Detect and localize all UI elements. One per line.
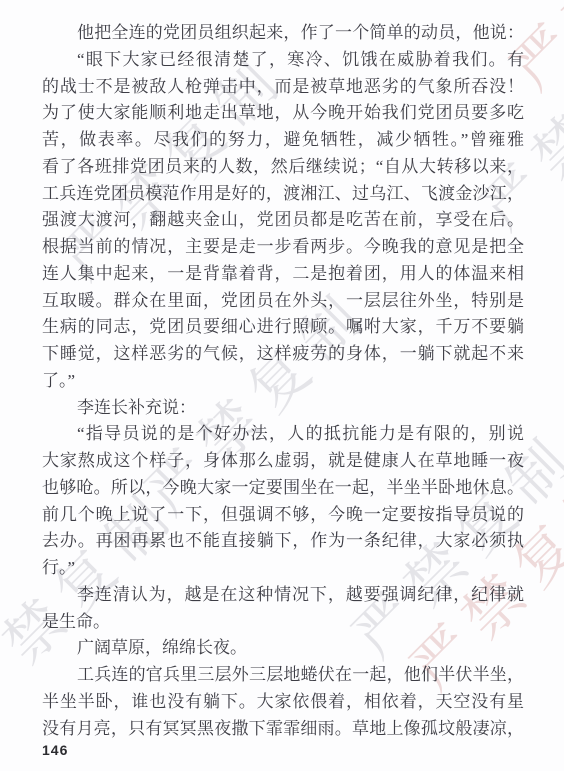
text-line: 看了各班排党团员来的人数，然后继续说；“自从大转移以来， bbox=[42, 154, 524, 181]
text-line: “眼下大家已经很清楚了，寒冷、饥饿在威胁着我们。有 bbox=[42, 47, 524, 74]
text-line: 下睡觉，这样恶劣的气候，这样疲劳的身体，一躺下就起不来 bbox=[42, 341, 524, 368]
text-line: 为了使大家能顺利地走出草地，从今晚开始我们党团员要多吃 bbox=[42, 100, 524, 127]
text-line: 生病的同志，党团员要细心进行照顾。嘱咐大家，千万不要躺 bbox=[42, 314, 524, 341]
text-line: 去办。再困再累也不能直接躺下，作为一条纪律，大家必须执 bbox=[42, 528, 524, 555]
text-line: 李连长补充说： bbox=[42, 395, 524, 422]
text-line: 的战士不是被敌人枪弹击中，而是被草地恶劣的气象所吞没！ bbox=[42, 74, 524, 101]
text-line: 根据当前的情况，主要是走一步看两步。今晚我的意见是把全 bbox=[42, 234, 524, 261]
text-line: 连人集中起来，一是背靠着背，二是抱着团，用人的体温来相 bbox=[42, 261, 524, 288]
text-line: 李连清认为，越是在这种情况下，越要强调纪律，纪律就 bbox=[42, 582, 524, 609]
text-line: 强渡大渡河，翻越夹金山，党团员都是吃苦在前，享受在后。 bbox=[42, 207, 524, 234]
text-line: “指导员说的是个好办法，人的抵抗能力是有限的，别说 bbox=[42, 421, 524, 448]
page-number: 146 bbox=[42, 742, 68, 758]
text-line: 他把全连的党团员组织起来，作了一个简单的动员，他说： bbox=[42, 20, 524, 47]
text-line: 互取暖。群众在里面，党团员在外头，一层层往外坐，特别是 bbox=[42, 288, 524, 315]
text-line: 工兵连的官兵里三层外三层地蜷伏在一起，他们半伏半坐， bbox=[42, 662, 524, 689]
text-line: 广阔草原，绵绵长夜。 bbox=[42, 635, 524, 662]
text-line: 了。” bbox=[42, 368, 524, 395]
text-line: 半坐半卧，谁也没有躺下。大家依偎着，相依着，天空没有星光， bbox=[42, 689, 524, 716]
book-page: 严禁复制严禁复制严禁复制严禁复制严禁复制严禁复制严禁复制 他把全连的党团员组织起… bbox=[0, 0, 564, 771]
text-line: 苦，做表率。尽我们的努力，避免牺牲，减少牺牲。”曾雍雅 bbox=[42, 127, 524, 154]
text-line: 是生命。 bbox=[42, 609, 524, 636]
text-line: 也够呛。所以，今晚大家一定要围坐在一起，半坐半卧地休息。 bbox=[42, 475, 524, 502]
text-line: 前几个晚上说了一下，但强调不够，今晚一定要按指导员说的 bbox=[42, 502, 524, 529]
text-line: 大家熬成这个样子，身体那么虚弱，就是健康人在草地睡一夜 bbox=[42, 448, 524, 475]
text-line: 行。” bbox=[42, 555, 524, 582]
text-line: 工兵连党团员模范作用是好的，渡湘江、过乌江、飞渡金沙江， bbox=[42, 181, 524, 208]
body-text: 他把全连的党团员组织起来，作了一个简单的动员，他说：“眼下大家已经很清楚了，寒冷… bbox=[42, 20, 524, 742]
text-line: 没有月亮，只有冥冥黑夜撒下霏霏细雨。草地上像孤坟般凄凉， bbox=[42, 716, 524, 743]
